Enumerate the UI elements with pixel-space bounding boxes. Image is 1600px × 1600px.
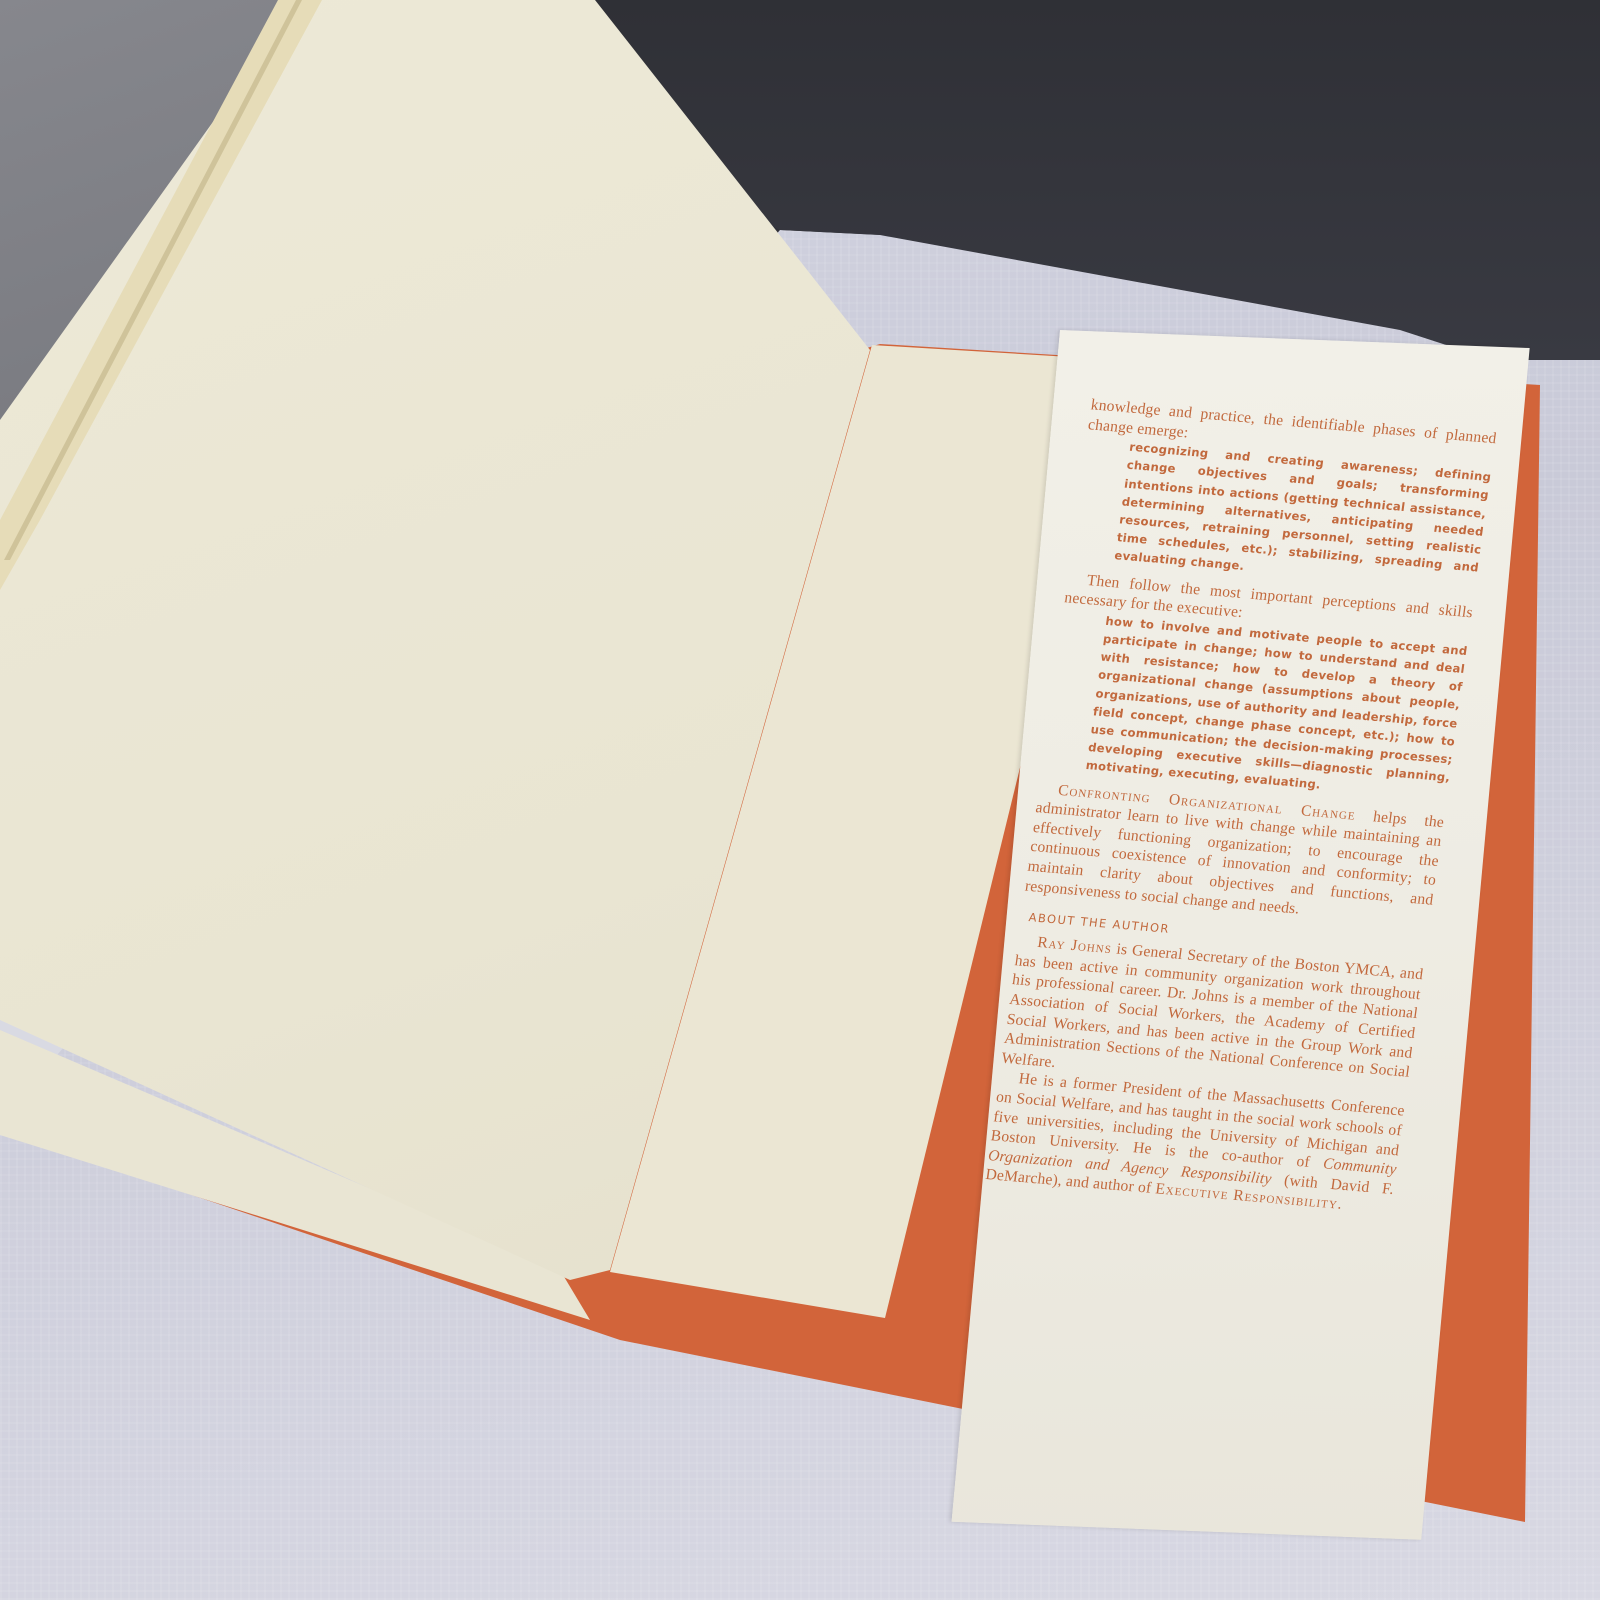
about-para-1-body: is General Secretary of the Boston YMCA,… <box>1000 941 1424 1081</box>
photo-scene: knowledge and practice, the identifiable… <box>0 0 1600 1600</box>
flap-para-3: Confronting Organizational Change helps … <box>1024 779 1446 930</box>
flap-text: knowledge and practice, the identifiable… <box>984 395 1498 1219</box>
flap-list-2: how to involve and motivate people to ac… <box>1085 612 1469 805</box>
flap-para-3-body: helps the administrator learn to live wi… <box>1024 799 1445 917</box>
about-para-2-end: . <box>1337 1196 1343 1213</box>
